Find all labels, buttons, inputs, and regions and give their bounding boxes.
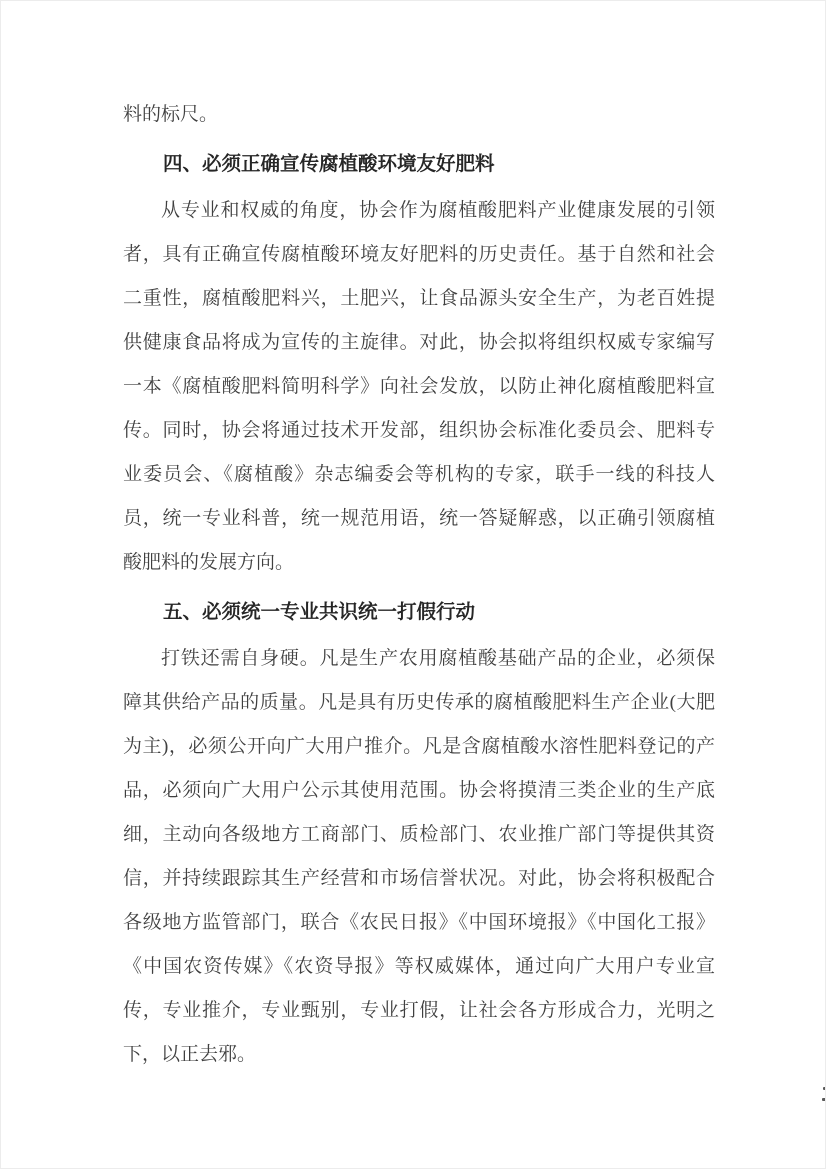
paragraph-last-line: 酸肥料的发展方向。 [123,541,715,585]
paragraph-line: 供健康食品将成为宣传的主旋律。对此，协会拟将组织权威专家编写 [123,321,715,365]
scan-speck [822,1098,826,1101]
section-heading-five: 五、必须统一专业共识统一打假行动 [123,591,715,635]
paragraph-tail-line: 料的标尺。 [123,93,715,137]
paragraph-line: 从专业和权威的角度，协会作为腐植酸肥料产业健康发展的引领 [123,189,715,233]
paragraph-line: 传。同时，协会将通过技术开发部，组织协会标准化委员会、肥料专 [123,409,715,453]
paragraph-line: 《中国农资传媒》《农资导报》等权威媒体，通过向广大用户专业宣 [123,945,715,989]
paragraph-line: 各级地方监管部门，联合《农民日报》《中国环境报》《中国化工报》 [123,901,715,945]
paragraph-line: 一本《腐植酸肥料简明科学》向社会发放，以防止神化腐植酸肥料宣 [123,365,715,409]
paragraph-line: 为主)，必须公开向广大用户推介。凡是含腐植酸水溶性肥料登记的产 [123,725,715,769]
paragraph-line: 打铁还需自身硬。凡是生产农用腐植酸基础产品的企业，必须保 [123,637,715,681]
paragraph-last-line: 下，以正去邪。 [123,1033,715,1077]
paragraph-line: 员，统一专业科普，统一规范用语，统一答疑解惑，以正确引领腐植 [123,497,715,541]
document-text-block: 料的标尺。 四、必须正确宣传腐植酸环境友好肥料 从专业和权威的角度，协会作为腐植… [123,93,715,1077]
paragraph-line: 传，专业推介，专业甄别，专业打假，让社会各方形成合力，光明之 [123,989,715,1033]
paragraph-line: 业委员会、《腐植酸》杂志编委会等机构的专家，联手一线的科技人 [123,453,715,497]
document-page: 料的标尺。 四、必须正确宣传腐植酸环境友好肥料 从专业和权威的角度，协会作为腐植… [0,0,826,1169]
paragraph-line: 细，主动向各级地方工商部门、质检部门、农业推广部门等提供其资 [123,813,715,857]
paragraph-line: 信，并持续跟踪其生产经营和市场信誉状况。对此，协会将积极配合 [123,857,715,901]
paragraph-line: 者，具有正确宣传腐植酸环境友好肥料的历史责任。基于自然和社会 [123,233,715,277]
paragraph-line: 品，必须向广大用户公示其使用范围。协会将摸清三类企业的生产底 [123,769,715,813]
paragraph-line: 二重性，腐植酸肥料兴，土肥兴，让食品源头安全生产，为老百姓提 [123,277,715,321]
section-heading-four: 四、必须正确宣传腐植酸环境友好肥料 [123,143,715,187]
paragraph-line: 障其供给产品的质量。凡是具有历史传承的腐植酸肥料生产企业(大肥 [123,681,715,725]
